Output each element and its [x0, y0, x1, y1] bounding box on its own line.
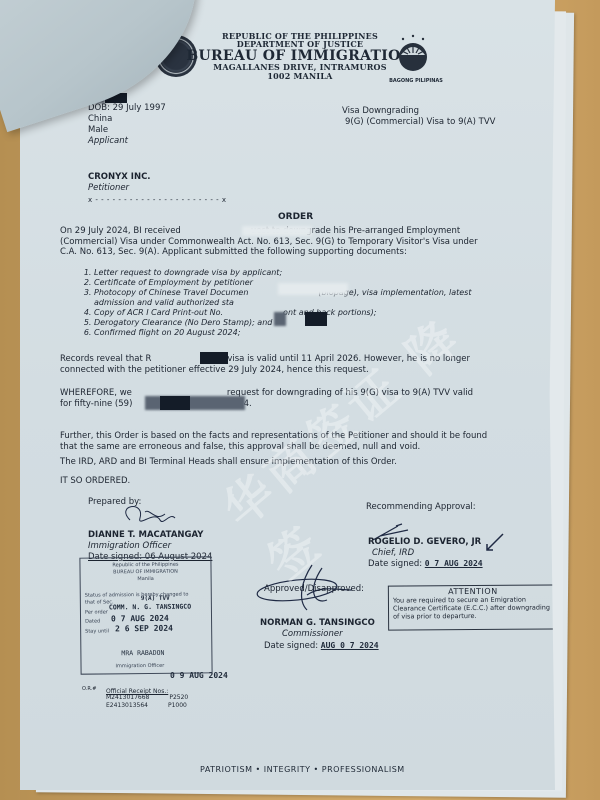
redaction-mark — [200, 352, 228, 364]
approved-disapproved-label: Approved/Disapproved: — [264, 584, 364, 595]
p1-start: On 29 July 2024, BI received — [60, 226, 181, 236]
preparer-title: Immigration Officer — [88, 541, 171, 552]
applicant-role: Applicant — [88, 136, 128, 147]
redaction-mark — [278, 283, 348, 295]
stamp-status-label: Status of admission is hereby changed to — [85, 592, 189, 600]
receipt-row: E2413013564P1000 — [106, 702, 187, 710]
stamp-per-order-value: COMM. N. G. TANSINGCO — [109, 604, 191, 612]
stamp-city: Manila — [81, 575, 211, 583]
applicant-dob: DOB: 29 July 1997 — [88, 103, 166, 114]
redaction-mark — [274, 312, 286, 326]
stamp-stay-label: Stay until — [85, 628, 109, 635]
applicant-nationality: China — [88, 114, 112, 125]
approver-date-stamp: AUG 0 7 2024 — [321, 641, 379, 650]
recommender-name: ROGELIO D. GEVERO, JR — [368, 537, 481, 548]
petitioner-name: CRONYX INC. — [88, 172, 151, 183]
subject-line-1: Visa Downgrading — [342, 106, 419, 117]
signature-initial-mark — [485, 530, 507, 552]
stamp-stay-value: 2 6 SEP 2024 — [115, 625, 173, 633]
subject-line-2: 9(G) (Commercial) Visa to 9(A) TVV — [345, 117, 495, 128]
stamp-officer-name: MRA RABADON — [121, 650, 164, 657]
approver-date-signed: Date signed: AUG 0 7 2024 — [264, 640, 379, 652]
bagong-pilipinas-logo-icon — [393, 33, 433, 75]
or-label: O.R.# — [82, 684, 96, 695]
redaction-mark — [160, 396, 190, 410]
redaction-mark — [305, 312, 327, 326]
footer-motto: PATRIOTISM • INTEGRITY • PROFESSIONALISM — [200, 765, 405, 774]
stamp-dated-label: Dated — [85, 618, 100, 625]
caption-separator: x - - - - - - - - - - - - - - - - - - - … — [88, 195, 227, 206]
attention-notice: ATTENTION You are required to secure an … — [388, 584, 558, 630]
stamp-officer-title: Immigration Officer — [115, 663, 164, 671]
preparer-name: DIANNE T. MACATANGAY — [88, 530, 203, 541]
stamp-date: 0 9 AUG 2024 — [170, 671, 228, 680]
letterhead: REPUBLIC OF THE PHILIPPINES DEPARTMENT O… — [170, 32, 430, 80]
recommender-date-stamp: 0 7 AUG 2024 — [425, 559, 483, 568]
document-item: Letter request to downgrade visa by appl… — [94, 268, 514, 278]
change-of-status-stamp: Republic of the Philippines BUREAU OF IM… — [79, 556, 212, 674]
recommender-date-signed: Date signed: 0 7 AUG 2024 — [368, 558, 483, 570]
stamp-dated-value: 0 7 AUG 2024 — [111, 615, 169, 623]
petitioner-role: Petitioner — [88, 183, 129, 194]
p1-line-3: C.A. No. 613, Sec. 9(A). Applicant submi… — [60, 247, 530, 258]
attention-body: You are required to secure an Emigration… — [393, 595, 553, 620]
p1-line-2: (Commercial) Visa under Commonwealth Act… — [60, 237, 530, 248]
bagong-pilipinas-caption: BAGONG PILIPINAS — [386, 78, 446, 84]
letterhead-agency: BUREAU OF IMMIGRATION — [170, 49, 430, 64]
prepared-by-label: Prepared by: — [88, 497, 141, 508]
approver-title: Commissioner — [282, 629, 343, 640]
approver-name: NORMAN G. TANSINGCO — [260, 618, 375, 629]
applicant-sex: Male — [88, 125, 108, 136]
receipt-row: M2413017668P2520 — [106, 694, 188, 702]
stamp-status-value: 9(A) TVV — [141, 595, 170, 602]
order-document-page: REPUBLIC OF THE PHILIPPINES DEPARTMENT O… — [20, 0, 555, 790]
stamp-per-order-label: Per order — [85, 609, 108, 616]
order-title: ORDER — [278, 212, 313, 222]
redaction-mark — [242, 226, 312, 236]
